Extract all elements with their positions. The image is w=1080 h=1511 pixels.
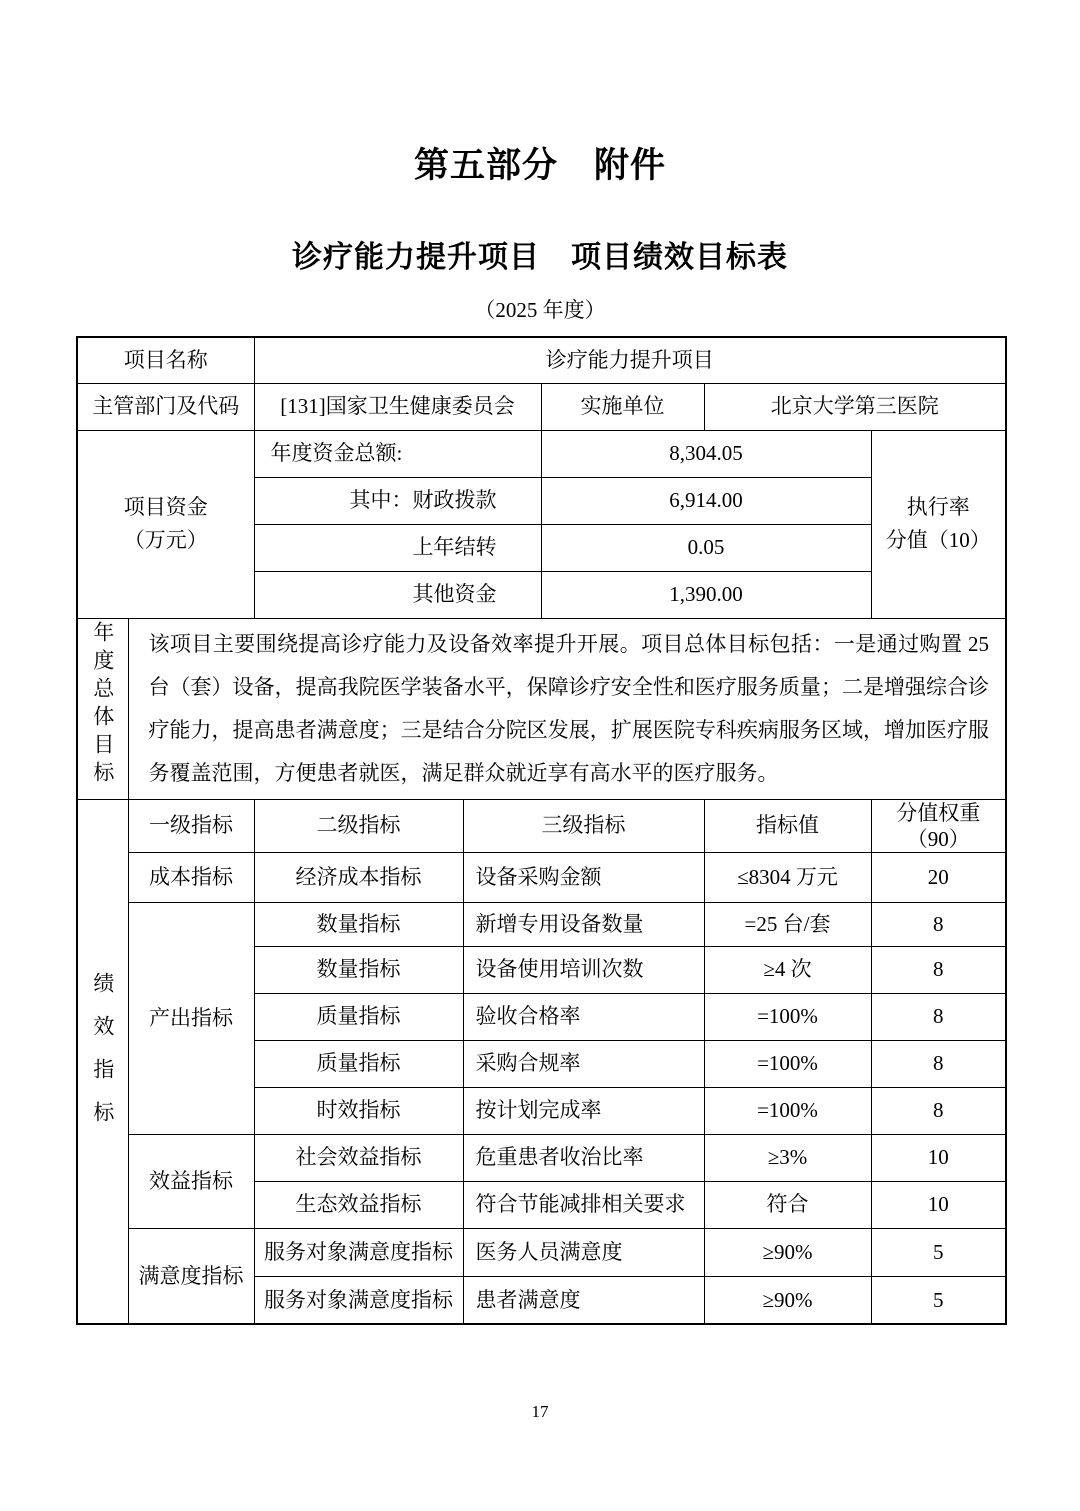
score-cell: 8	[871, 902, 1006, 946]
dept-code-value: [131]国家卫生健康委员会	[254, 383, 541, 430]
page-number: 17	[0, 1402, 1080, 1422]
l3-cell: 设备使用培训次数	[463, 946, 704, 993]
performance-target-table: 项目名称 诊疗能力提升项目 主管部门及代码 [131]国家卫生健康委员会 实施单…	[76, 336, 1007, 1325]
indicator-row: 满意度指标 服务对象满意度指标 医务人员满意度 ≥90% 5	[77, 1228, 1006, 1276]
l2-cell: 时效指标	[254, 1087, 463, 1134]
score-cell: 8	[871, 1040, 1006, 1087]
impl-unit-value: 北京大学第三医院	[704, 383, 1006, 430]
header-level3: 三级指标	[463, 799, 704, 852]
score-cell: 8	[871, 993, 1006, 1040]
value-cell: ≥4 次	[704, 946, 871, 993]
l2-cell: 社会效益指标	[254, 1134, 463, 1181]
value-cell: ≥3%	[704, 1134, 871, 1181]
l3-cell: 符合节能减排相关要求	[463, 1181, 704, 1228]
header-weight-line2: （90）	[872, 826, 1006, 852]
header-level1: 一级指标	[128, 799, 254, 852]
project-name-value: 诊疗能力提升项目	[254, 337, 1006, 383]
table-row: 年度总体目标 该项目主要围绕提高诊疗能力及设备效率提升开展。项目总体目标包括：一…	[77, 618, 1006, 799]
exec-rate-line2: 分值（10）	[872, 524, 1006, 557]
l2-cell: 数量指标	[254, 902, 463, 946]
score-cell: 20	[871, 852, 1006, 902]
l2-cell: 质量指标	[254, 1040, 463, 1087]
l1-cell-output: 产出指标	[128, 902, 254, 1134]
page-title: 第五部分 附件	[0, 138, 1080, 188]
score-cell: 8	[871, 1087, 1006, 1134]
project-fund-label-line1: 项目资金	[78, 491, 254, 524]
fund-total-value: 8,304.05	[541, 430, 871, 477]
l2-cell: 经济成本指标	[254, 852, 463, 902]
score-cell: 5	[871, 1228, 1006, 1276]
value-cell: =100%	[704, 993, 871, 1040]
value-cell: ≤8304 万元	[704, 852, 871, 902]
l3-cell: 设备采购金额	[463, 852, 704, 902]
value-cell: ≥90%	[704, 1228, 871, 1276]
value-cell: =100%	[704, 1040, 871, 1087]
indicator-row: 效益指标 社会效益指标 危重患者收治比率 ≥3% 10	[77, 1134, 1006, 1181]
l2-cell: 生态效益指标	[254, 1181, 463, 1228]
header-weight: 分值权重 （90）	[871, 799, 1006, 852]
l3-cell: 新增专用设备数量	[463, 902, 704, 946]
l3-cell: 危重患者收治比率	[463, 1134, 704, 1181]
fund-total-label: 年度资金总额:	[254, 430, 541, 477]
table-row: 主管部门及代码 [131]国家卫生健康委员会 实施单位 北京大学第三医院	[77, 383, 1006, 430]
l2-cell: 服务对象满意度指标	[254, 1228, 463, 1276]
value-cell: =100%	[704, 1087, 871, 1134]
annual-goal-text: 该项目主要围绕提高诊疗能力及设备效率提升开展。项目总体目标包括：一是通过购置 2…	[128, 618, 1006, 799]
project-fund-label: 项目资金 （万元）	[77, 430, 254, 618]
value-cell: ≥90%	[704, 1276, 871, 1324]
table-row: 绩效指标 一级指标 二级指标 三级指标 指标值 分值权重 （90）	[77, 799, 1006, 852]
header-weight-line1: 分值权重	[872, 800, 1006, 826]
fund-other-value: 1,390.00	[541, 571, 871, 618]
l2-cell: 服务对象满意度指标	[254, 1276, 463, 1324]
l1-cell: 成本指标	[128, 852, 254, 902]
table-row: 项目资金 （万元） 年度资金总额: 8,304.05 执行率 分值（10）	[77, 430, 1006, 477]
performance-side-label: 绩效指标	[77, 799, 128, 1324]
header-value: 指标值	[704, 799, 871, 852]
l3-cell: 医务人员满意度	[463, 1228, 704, 1276]
impl-unit-label: 实施单位	[541, 383, 704, 430]
fund-carryover-value: 0.05	[541, 524, 871, 571]
indicator-row: 成本指标 经济成本指标 设备采购金额 ≤8304 万元 20	[77, 852, 1006, 902]
document-page: 第五部分 附件 诊疗能力提升项目 项目绩效目标表 （2025 年度） 项目名称 …	[0, 0, 1080, 1511]
year-line: （2025 年度）	[0, 294, 1080, 324]
annual-goal-side-label: 年度总体目标	[77, 618, 128, 799]
l3-cell: 患者满意度	[463, 1276, 704, 1324]
indicator-row: 产出指标 数量指标 新增专用设备数量 =25 台/套 8	[77, 902, 1006, 946]
fund-carryover-label: 上年结转	[254, 524, 541, 571]
table-title: 诊疗能力提升项目 项目绩效目标表	[0, 232, 1080, 276]
score-cell: 5	[871, 1276, 1006, 1324]
value-cell: 符合	[704, 1181, 871, 1228]
fund-other-label: 其他资金	[254, 571, 541, 618]
value-cell: =25 台/套	[704, 902, 871, 946]
project-fund-label-line2: （万元）	[78, 524, 254, 557]
l3-cell: 采购合规率	[463, 1040, 704, 1087]
l3-cell: 验收合格率	[463, 993, 704, 1040]
exec-rate-score-label: 执行率 分值（10）	[871, 430, 1006, 618]
dept-code-label: 主管部门及代码	[77, 383, 254, 430]
score-cell: 8	[871, 946, 1006, 993]
exec-rate-line1: 执行率	[872, 491, 1006, 524]
l2-cell: 数量指标	[254, 946, 463, 993]
l1-cell-benefit: 效益指标	[128, 1134, 254, 1228]
l2-cell: 质量指标	[254, 993, 463, 1040]
l3-cell: 按计划完成率	[463, 1087, 704, 1134]
annual-goal-side-label-text: 年度总体目标	[89, 621, 117, 789]
project-name-label: 项目名称	[77, 337, 254, 383]
score-cell: 10	[871, 1181, 1006, 1228]
fund-fiscal-label: 其中：财政拨款	[254, 477, 541, 524]
fund-fiscal-value: 6,914.00	[541, 477, 871, 524]
score-cell: 10	[871, 1134, 1006, 1181]
l1-cell-satisfaction: 满意度指标	[128, 1228, 254, 1324]
performance-side-label-text: 绩效指标	[89, 972, 117, 1144]
header-level2: 二级指标	[254, 799, 463, 852]
table-row: 项目名称 诊疗能力提升项目	[77, 337, 1006, 383]
